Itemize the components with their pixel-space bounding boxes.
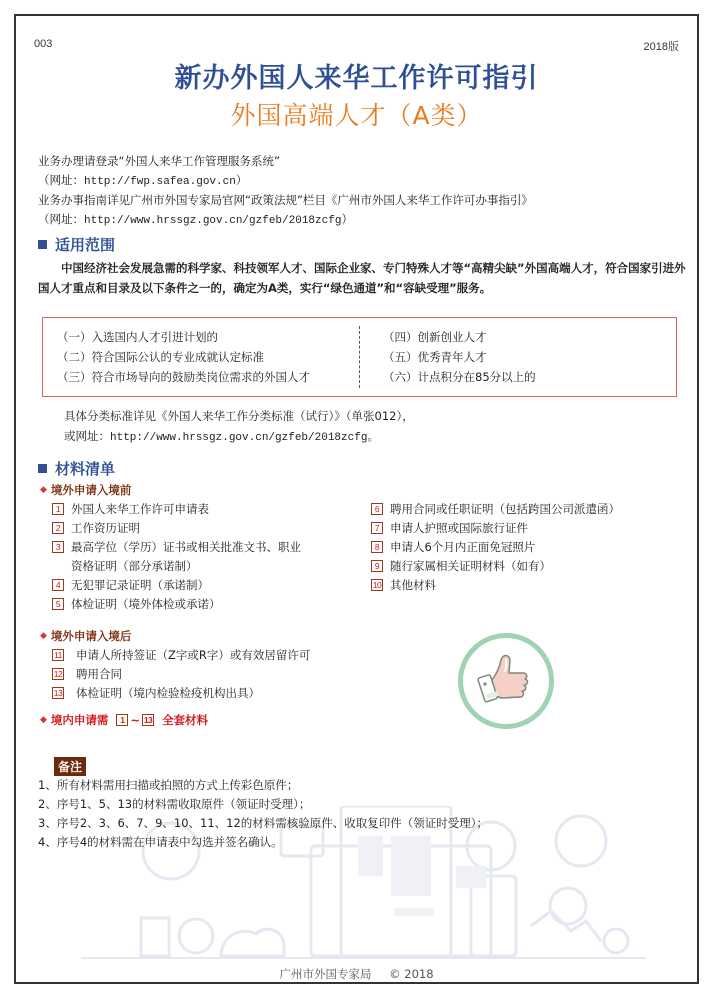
condition-item: （六）计点积分在85分以上的: [383, 367, 536, 387]
intro-block: 业务办理请登录“外国人来华工作管理服务系统” （网址：http://fwp.sa…: [38, 152, 533, 230]
domestic-prefix: 境内申请需: [51, 712, 109, 728]
material-text: 随行家属相关证明材料（如有）: [390, 557, 551, 576]
material-item: 5体检证明（境外体检或承诺）: [52, 595, 301, 614]
number-badge: 5: [52, 598, 64, 610]
range-tilde: ~: [130, 713, 140, 727]
material-item: 2工作资历证明: [52, 519, 301, 538]
materials-list-left: 1外国人来华工作许可申请表 2工作资历证明 3最高学位（学历）证书或相关批准文书…: [52, 500, 301, 614]
material-text: 最高学位（学历）证书或相关批准文书、职业 资格证明（部分承诺制）: [71, 538, 301, 576]
footer-org: 广州市外国专家局: [279, 967, 371, 981]
number-badge: 6: [371, 503, 383, 515]
material-text: 聘用合同或任职证明（包括跨国公司派遣函）: [390, 500, 620, 519]
url-suffix: ）: [341, 212, 353, 226]
note-item: 3、序号2、3、6、7、9、10、11、12的材料需核验原件、收取复印件（领证时…: [38, 814, 488, 833]
conditions-right-column: （四）创新创业人才 （五）优秀青年人才 （六）计点积分在85分以上的: [383, 327, 536, 387]
footer: 广州市外国专家局 © 2018: [16, 966, 697, 982]
scope-paragraph: 中国经济社会发展急需的科学家、科技领军人才、国际企业家、专门特殊人才等“高精尖缺…: [38, 258, 686, 298]
number-badge: 11: [52, 649, 64, 661]
diamond-bullet-icon: ◆: [40, 715, 47, 725]
document-number: 003: [34, 38, 52, 50]
footer-copyright: © 2018: [389, 967, 433, 981]
condition-item: （一）入选国内人才引进计划的: [57, 327, 310, 347]
page-subtitle: 外国高端人才（A类）: [16, 96, 697, 132]
subheading-before-entry: ◆ 境外申请入境前: [40, 482, 131, 498]
url-prefix: （网址：: [38, 212, 84, 226]
section-heading-scope: 适用范围: [38, 234, 115, 255]
materials-list-right: 6聘用合同或任职证明（包括跨国公司派遣函） 7申请人护照或国际旅行证件 8申请人…: [371, 500, 620, 595]
material-text: 申请人6个月内正面免冠照片: [390, 538, 535, 557]
note-item: 4、序号4的材料需在申请表中勾选并签名确认。: [38, 833, 488, 852]
material-item: 7申请人护照或国际旅行证件: [371, 519, 620, 538]
material-item: 3最高学位（学历）证书或相关批准文书、职业 资格证明（部分承诺制）: [52, 538, 301, 576]
classification-note: 具体分类标准详见《外国人来华工作分类标准（试行）》（单张012）， 或网址：ht…: [64, 406, 414, 448]
notes-list: 1、所有材料需用扫描或拍照的方式上传彩色原件； 2、序号1、5、13的材料需收取…: [38, 776, 488, 852]
condition-item: （二）符合国际公认的专业成就认定标准: [57, 347, 310, 367]
material-text: 体检证明（境外体检或承诺）: [71, 595, 221, 614]
url-prefix: 或网址：: [64, 429, 110, 443]
dashed-divider: [359, 326, 360, 388]
number-badge: 8: [371, 541, 383, 553]
material-item: 1外国人来华工作许可申请表: [52, 500, 301, 519]
intro-system-line: 业务办理请登录“外国人来华工作管理服务系统”: [38, 152, 533, 171]
number-badge: 3: [52, 541, 64, 553]
url-prefix: （网址：: [38, 173, 84, 187]
material-item: 6聘用合同或任职证明（包括跨国公司派遣函）: [371, 500, 620, 519]
material-text: 聘用合同: [76, 665, 122, 684]
number-badge: 7: [371, 522, 383, 534]
material-text: 其他材料: [390, 576, 436, 595]
material-item: 8申请人6个月内正面免冠照片: [371, 538, 620, 557]
section-heading-materials: 材料清单: [38, 458, 115, 479]
square-bullet-icon: [38, 240, 47, 249]
thumbs-up-badge: [458, 633, 554, 729]
number-badge: 9: [371, 560, 383, 572]
diamond-bullet-icon: ◆: [40, 631, 47, 641]
intro-url-line-1: （网址：http://fwp.safea.gov.cn）: [38, 171, 533, 192]
guide-page: 003 2018版 新办外国人来华工作许可指引 外国高端人才（A类） 业务办理请…: [14, 14, 699, 984]
number-badge: 2: [52, 522, 64, 534]
number-badge: 12: [52, 668, 64, 680]
number-badge: 4: [52, 579, 64, 591]
page-title: 新办外国人来华工作许可指引: [16, 56, 697, 95]
subheading-text: 境外申请入境前: [51, 482, 132, 498]
notes-tag: 备注: [54, 757, 86, 776]
number-badge: 1: [116, 714, 128, 726]
subheading-domestic: ◆ 境内申请需 1 ~ 13 全套材料: [40, 712, 208, 728]
condition-item: （三）符合市场导向的鼓励类岗位需求的外国人才: [57, 367, 310, 387]
subheading-text: 境外申请入境后: [51, 628, 132, 644]
intro-url-line-2: （网址：http://www.hrssgz.gov.cn/gzfeb/2018z…: [38, 210, 533, 231]
classification-line: 具体分类标准详见《外国人来华工作分类标准（试行）》（单张012），: [64, 406, 414, 426]
material-text: 申请人护照或国际旅行证件: [390, 519, 528, 538]
materials-list-after-entry: 11申请人所持签证（Z字或R字）或有效居留许可 12聘用合同 13体检证明（境内…: [52, 646, 310, 703]
square-bullet-icon: [38, 464, 47, 473]
material-item: 10其他材料: [371, 576, 620, 595]
url-suffix: 。: [367, 429, 379, 443]
system-url-link[interactable]: http://fwp.safea.gov.cn: [84, 176, 236, 188]
section-heading-text: 材料清单: [55, 458, 115, 479]
condition-item: （四）创新创业人才: [383, 327, 536, 347]
edition-label: 2018版: [644, 38, 679, 54]
intro-guide-line: 业务办事指南详见广州市外国专家局官网“政策法规”栏目《广州市外国人来华工作许可办…: [38, 191, 533, 210]
material-item: 11申请人所持签证（Z字或R字）或有效居留许可: [52, 646, 310, 665]
material-text: 外国人来华工作许可申请表: [71, 500, 209, 519]
number-badge: 13: [52, 687, 64, 699]
classification-url-link[interactable]: http://www.hrssgz.gov.cn/gzfeb/2018zcfg: [110, 432, 367, 444]
diamond-bullet-icon: ◆: [40, 485, 47, 495]
material-item: 13体检证明（境内检验检疫机构出具）: [52, 684, 310, 703]
material-item: 12聘用合同: [52, 665, 310, 684]
material-text: 体检证明（境内检验检疫机构出具）: [76, 684, 260, 703]
material-item: 4无犯罪记录证明（承诺制）: [52, 576, 301, 595]
section-heading-text: 适用范围: [55, 234, 115, 255]
thumbs-up-icon: [463, 638, 549, 724]
material-text: 工作资历证明: [71, 519, 140, 538]
url-suffix: ）: [236, 173, 248, 187]
condition-item: （五）优秀青年人才: [383, 347, 536, 367]
note-item: 2、序号1、5、13的材料需收取原件（领证时受理）；: [38, 795, 488, 814]
material-text: 无犯罪记录证明（承诺制）: [71, 576, 209, 595]
subheading-after-entry: ◆ 境外申请入境后: [40, 628, 131, 644]
domestic-suffix: 全套材料: [162, 712, 208, 728]
material-text: 申请人所持签证（Z字或R字）或有效居留许可: [76, 646, 310, 665]
note-item: 1、所有材料需用扫描或拍照的方式上传彩色原件；: [38, 776, 488, 795]
material-item: 9随行家属相关证明材料（如有）: [371, 557, 620, 576]
number-badge: 1: [52, 503, 64, 515]
conditions-left-column: （一）入选国内人才引进计划的 （二）符合国际公认的专业成就认定标准 （三）符合市…: [57, 327, 310, 387]
number-badge: 13: [142, 714, 154, 726]
number-badge: 10: [371, 579, 383, 591]
guide-url-link[interactable]: http://www.hrssgz.gov.cn/gzfeb/2018zcfg: [84, 215, 341, 227]
classification-url-line: 或网址：http://www.hrssgz.gov.cn/gzfeb/2018z…: [64, 426, 414, 448]
conditions-box: （一）入选国内人才引进计划的 （二）符合国际公认的专业成就认定标准 （三）符合市…: [42, 317, 677, 397]
